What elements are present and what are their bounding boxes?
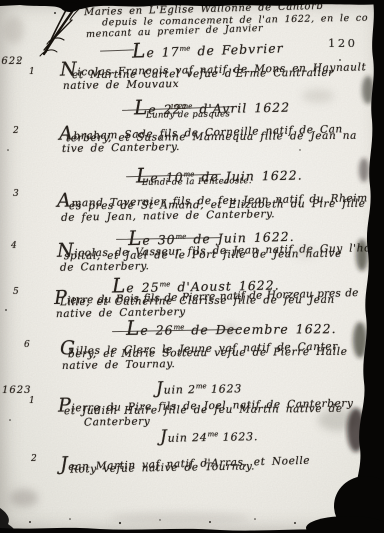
entry-line: et Judith Huire fille de feu Martin nati…: [64, 403, 343, 417]
entry-number: 3: [13, 189, 19, 199]
page-number-stamp: 120: [328, 36, 357, 50]
entry-number: 4: [11, 241, 17, 251]
ink-swash-decoration: [100, 49, 134, 52]
manuscript-page-scan: Maries en L'Eglise Wallonne de Cantorb d…: [0, 0, 384, 533]
entry-line: tive de Canterbery.: [62, 141, 180, 155]
date-text: 1623.: [218, 430, 258, 444]
margin-year-1622: 1622: [0, 56, 23, 67]
entry-line: Canterbery: [84, 415, 151, 428]
entry-number: 2: [13, 126, 19, 136]
date-line-jun24-1623: Juin 24me 1623.: [160, 425, 259, 447]
date-text: Juin 24: [160, 431, 208, 445]
entry-line: Roty vefue native de Tournay.: [70, 460, 255, 475]
ink-flourish-decoration: [40, 6, 80, 56]
date-superscript: me: [179, 44, 190, 52]
entry-number: 2: [31, 454, 37, 464]
entry-number: 5: [13, 287, 19, 297]
entry-line: Lille, et Catherine Clarisse fille de fe…: [60, 294, 335, 308]
margin-year-1623: 1623: [2, 385, 31, 396]
date-superscript: me: [196, 382, 207, 390]
entry-line: de feu Jean, native de Canterbery.: [61, 208, 275, 224]
entry-line: native de Mouvaux: [63, 78, 179, 92]
entry-number: 1: [29, 67, 35, 77]
entry-number: 1: [29, 396, 35, 406]
entry-line: bery, et Marie Sotteau vefue de Pierre H…: [68, 346, 348, 360]
entry-number: 6: [24, 340, 30, 350]
entry-line: native de Tournay.: [62, 358, 176, 372]
entry-line: de Canterbery.: [60, 260, 150, 274]
date-superscript: me: [208, 430, 219, 438]
